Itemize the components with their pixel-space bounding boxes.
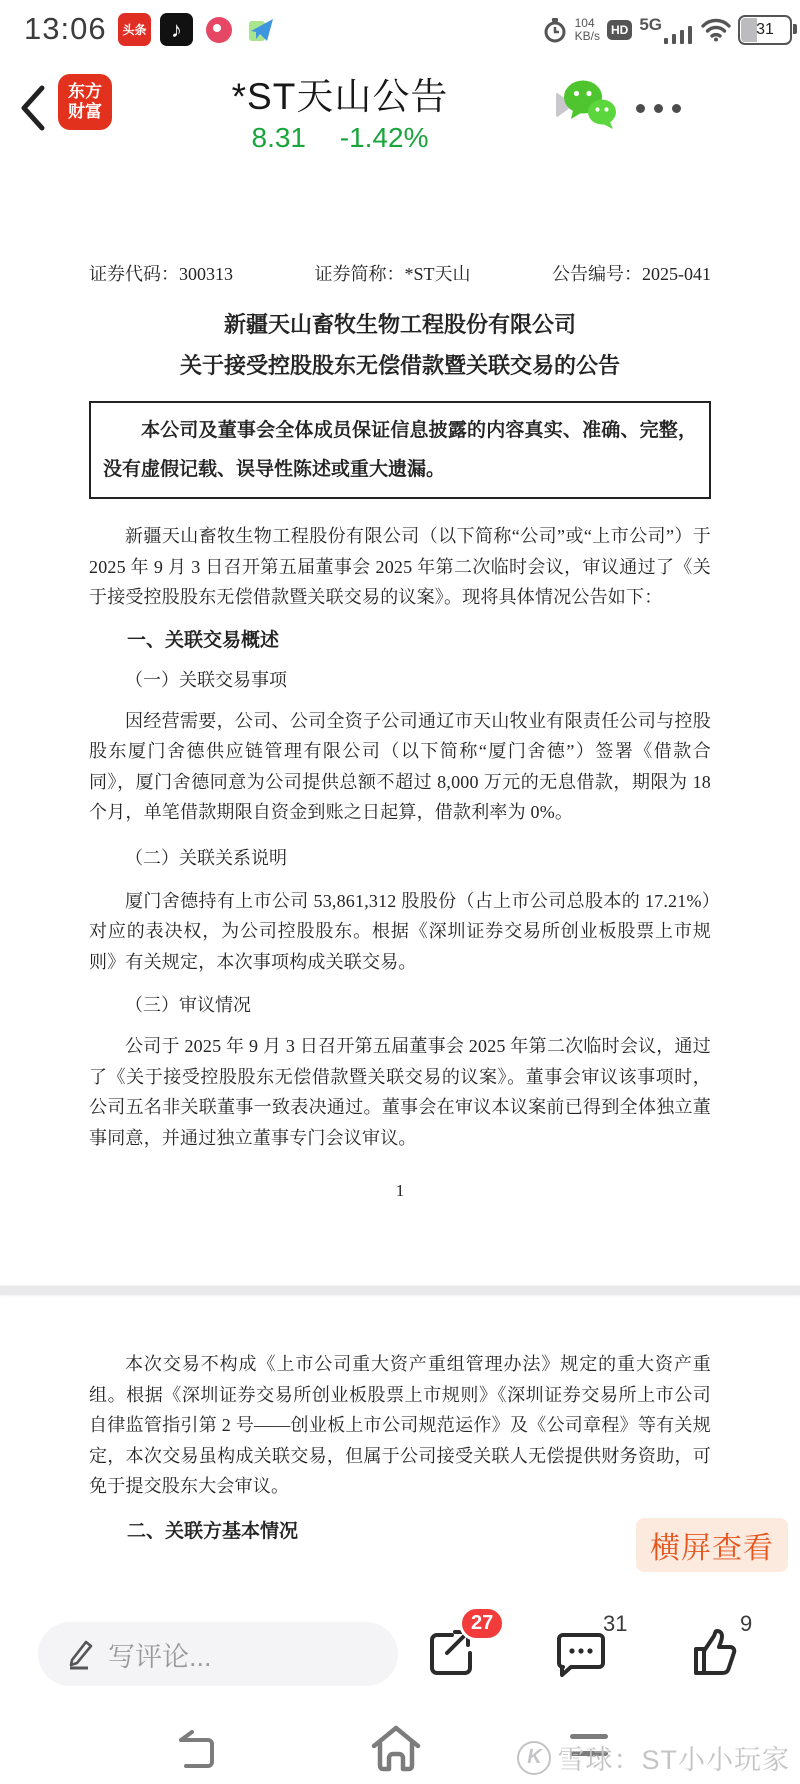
pink-app-notification-icon xyxy=(202,13,235,46)
nav-back-icon xyxy=(176,1728,220,1772)
section-heading-1: 一、关联交易概述 xyxy=(89,625,711,652)
comment-placeholder: 写评论... xyxy=(108,1635,212,1674)
paragraph: 厦门舍德持有上市公司 53,861,312 股股份（占上市公司总股本的 17.2… xyxy=(89,886,711,978)
alarm-icon xyxy=(542,17,568,43)
stock-price: 8.31 xyxy=(252,122,307,153)
share-badge: 27 xyxy=(459,1606,505,1641)
battery-icon: 31 xyxy=(738,15,792,45)
security-code: 证券代码：300313 xyxy=(89,260,233,286)
subsection-heading: （一）关联交易事项 xyxy=(89,666,711,692)
page-number: 1 xyxy=(89,1181,711,1201)
document-meta-row: 证券代码：300313 证券简称：*ST天山 公告编号：2025-041 xyxy=(89,162,711,286)
header-title-block: *ST天山公告 8.31 -1.42% xyxy=(140,66,540,154)
cellular-signal-icon: 5G xyxy=(639,15,694,45)
comment-bubble-icon xyxy=(555,1631,607,1679)
network-speed: 104 KB/s xyxy=(575,17,600,43)
telegram-notification-icon xyxy=(244,13,277,46)
comments-button[interactable] xyxy=(555,1631,607,1684)
comment-count: 31 xyxy=(603,1611,627,1637)
status-bar: 13:06 头条 ♪ 104 KB/s HD 5G 31 xyxy=(0,0,800,60)
like-count: 9 xyxy=(740,1611,752,1637)
thumbs-up-icon xyxy=(690,1627,742,1679)
nav-back-button[interactable] xyxy=(176,1728,220,1777)
page-break xyxy=(0,1286,800,1295)
status-indicators: 104 KB/s HD 5G 31 xyxy=(542,6,792,54)
announcement-document: 证券代码：300313 证券简称：*ST天山 公告编号：2025-041 新疆天… xyxy=(0,162,800,1605)
section-heading-2: 二、关联方基本情况 xyxy=(89,1516,711,1543)
nav-home-icon xyxy=(368,1722,424,1774)
subsection-heading: （三）审议情况 xyxy=(89,991,711,1017)
clock-time: 13:06 xyxy=(24,11,107,47)
paragraph: 本次交易不构成《上市公司重大资产重组管理办法》规定的重大资产重组。根据《深圳证券… xyxy=(89,1349,711,1502)
wifi-icon xyxy=(701,18,731,42)
battery-level: 31 xyxy=(756,21,774,39)
page-title: *ST天山公告 xyxy=(140,66,540,120)
toutiao-notification-icon: 头条 xyxy=(118,13,151,46)
watermark-text: 雪球：ST小小玩家 xyxy=(557,1738,790,1777)
landscape-view-button[interactable]: 横屏查看 xyxy=(636,1518,788,1572)
nav-home-button[interactable] xyxy=(368,1722,424,1779)
notification-icons: 头条 ♪ xyxy=(118,13,277,46)
bottom-action-bar: 写评论... 27 31 9 xyxy=(0,1605,800,1702)
document-title-line1: 新疆天山畜牧生物工程股份有限公司 xyxy=(89,310,711,340)
more-menu-button[interactable] xyxy=(636,104,681,113)
stock-quote: 8.31 -1.42% xyxy=(140,122,540,154)
eastmoney-logo[interactable]: 东方 财富 xyxy=(58,74,112,130)
security-name: 证券简称：*ST天山 xyxy=(314,260,470,286)
back-chevron-icon xyxy=(18,84,48,132)
subsection-heading: （二）关联关系说明 xyxy=(89,844,711,870)
douyin-notification-icon: ♪ xyxy=(160,13,193,46)
screen: 13:06 头条 ♪ 104 KB/s HD 5G 31 xyxy=(0,0,800,1784)
paragraph: 新疆天山畜牧生物工程股份有限公司（以下简称“公司”或“上市公司”）于 2025 … xyxy=(89,521,711,613)
paragraph: 公司于 2025 年 9 月 3 日召开第五届董事会 2025 年第二次临时会议… xyxy=(89,1031,711,1153)
pencil-icon xyxy=(64,1638,94,1670)
stock-change: -1.42% xyxy=(340,122,429,153)
disclaimer-box: 本公司及董事会全体成员保证信息披露的内容真实、准确、完整，没有虚假记载、误导性陈… xyxy=(89,401,711,499)
like-button[interactable] xyxy=(690,1627,742,1684)
hd-icon: HD xyxy=(607,20,632,40)
xueqiu-logo-icon: K xyxy=(517,1741,551,1775)
announcement-number: 公告编号：2025-041 xyxy=(552,260,711,286)
document-title-line2: 关于接受控股股东无偿借款暨关联交易的公告 xyxy=(89,351,711,381)
wechat-share-button[interactable] xyxy=(560,76,618,137)
wechat-icon xyxy=(560,76,618,132)
paragraph: 因经营需要，公司、公司全资子公司通辽市天山牧业有限责任公司与控股股东厦门舍德供应… xyxy=(89,706,711,828)
xueqiu-watermark: K 雪球：ST小小玩家 xyxy=(517,1738,790,1777)
back-button[interactable] xyxy=(18,84,48,137)
comment-input[interactable]: 写评论... xyxy=(38,1622,398,1686)
app-header: 东方 财富 *ST天山公告 8.31 -1.42% xyxy=(0,60,800,163)
